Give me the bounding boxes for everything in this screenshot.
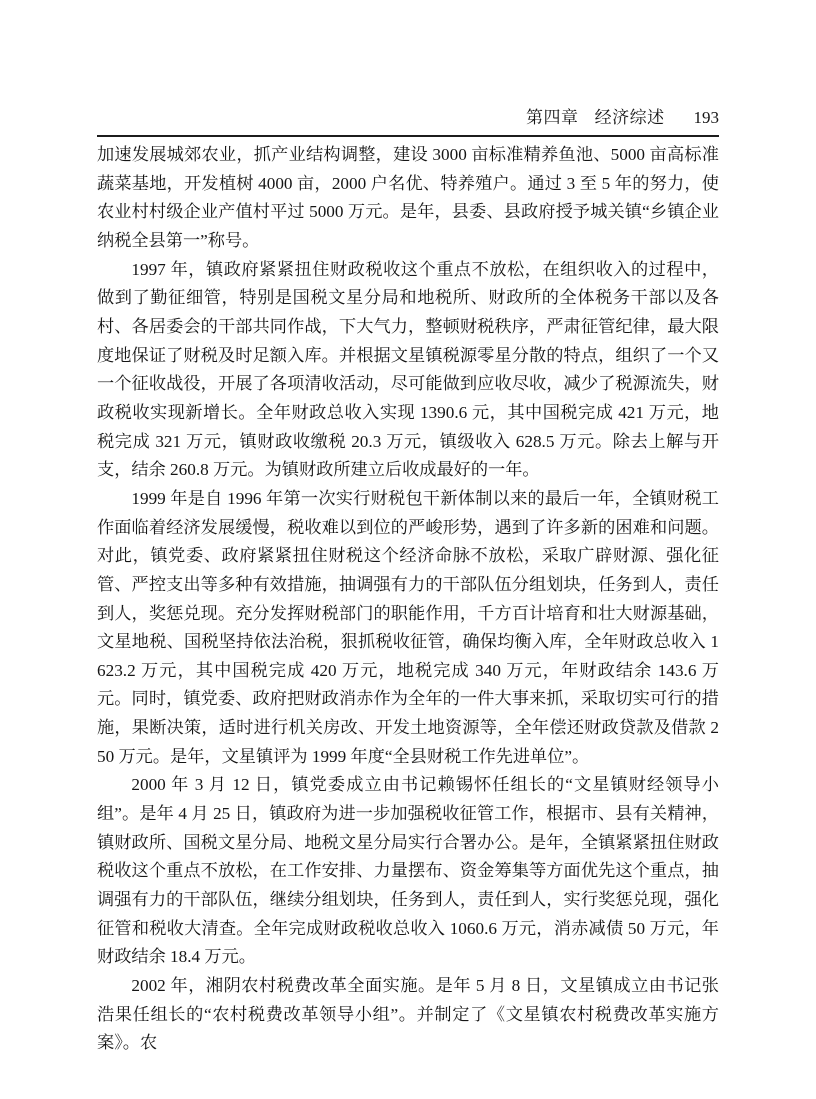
chapter-label: 第四章	[526, 108, 579, 127]
paragraph: 2000 年 3 月 12 日，镇党委成立由书记赖锡怀任组长的“文星镇财经领导小…	[97, 771, 719, 972]
page-body: 加速发展城郊农业，抓产业结构调整，建设 3000 亩标准精养鱼池、5000 亩高…	[97, 141, 719, 1058]
paragraph: 2002 年，湘阴农村税费改革全面实施。是年 5 月 8 日，文星镇成立由书记张…	[97, 972, 719, 1058]
paragraph: 加速发展城郊农业，抓产业结构调整，建设 3000 亩标准精养鱼池、5000 亩高…	[97, 141, 719, 256]
book-page: 第四章经济综述193 加速发展城郊农业，抓产业结构调整，建设 3000 亩标准精…	[0, 0, 816, 1099]
section-title: 经济综述	[595, 108, 665, 127]
paragraph: 1999 年是自 1996 年第一次实行财税包干新体制以来的最后一年，全镇财税工…	[97, 485, 719, 772]
page-number: 193	[694, 108, 720, 127]
page-header: 第四章经济综述193	[97, 103, 719, 137]
paragraph: 1997 年，镇政府紧紧扭住财政税收这个重点不放松，在组织收入的过程中，做到了勤…	[97, 256, 719, 485]
